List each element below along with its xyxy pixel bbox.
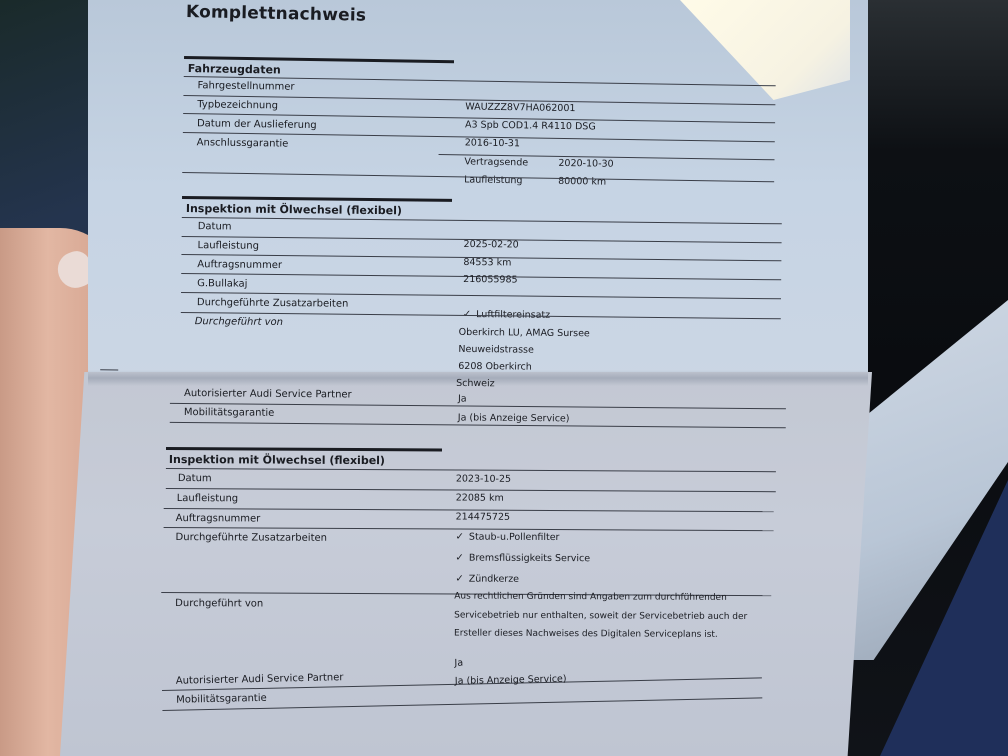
mobility-value: Ja (bis Anzeige Service) bbox=[455, 674, 567, 687]
mobility-label: Mobilitätsgarantie bbox=[176, 693, 267, 706]
inspection-2023-footer: Ja Autorisierter Audi Service Partner Ja… bbox=[0, 0, 1008, 756]
partner-label: Autorisierter Audi Service Partner bbox=[176, 672, 344, 687]
partner-value: Ja bbox=[454, 658, 463, 669]
